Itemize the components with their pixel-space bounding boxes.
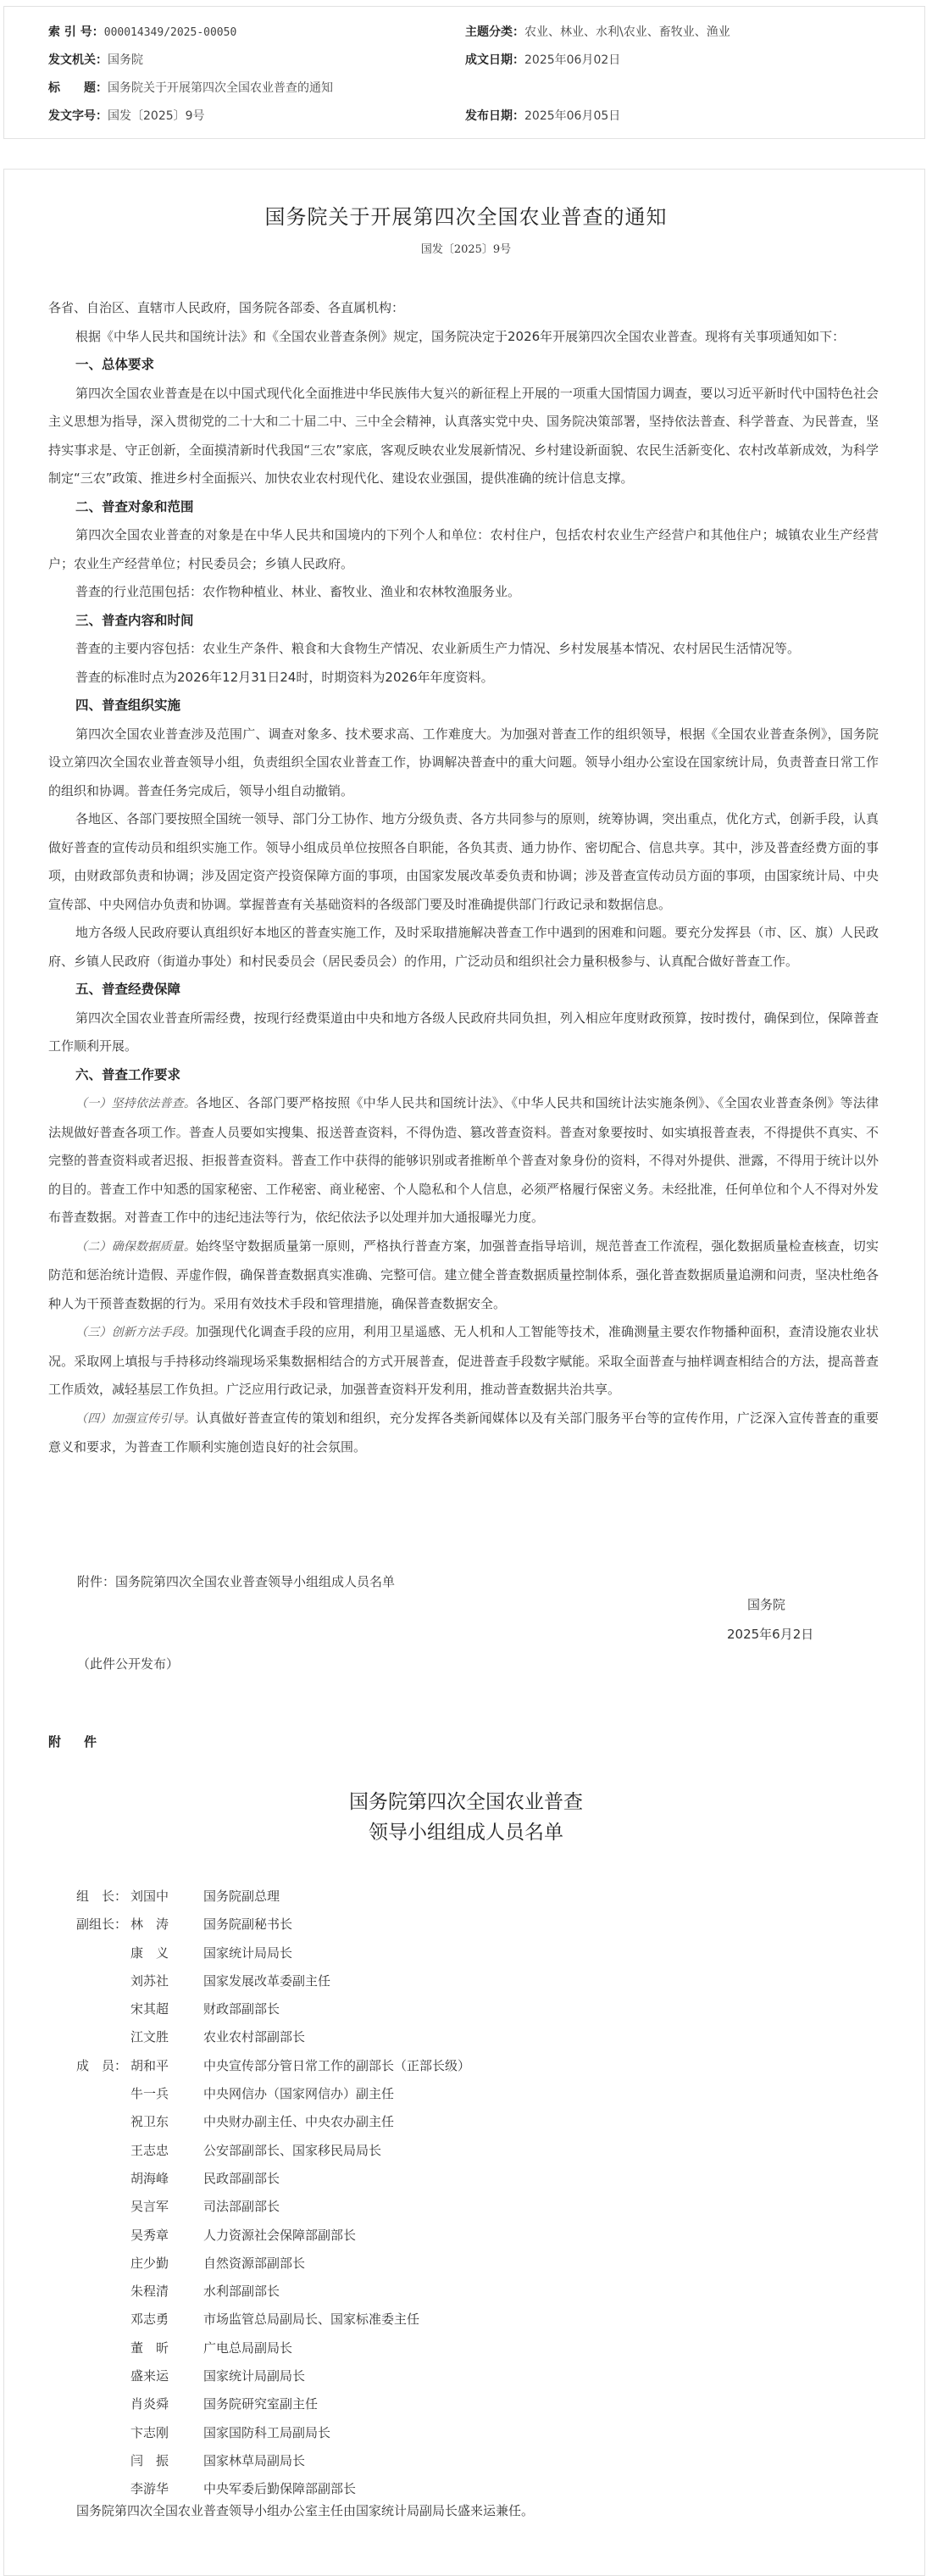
member-title: 国家发展改革委副主任 [203,1967,330,1995]
paragraph: 普查的标准时点为2026年12月31日24时，时期资料为2026年年度资料。 [48,664,879,693]
requirement-item-1: （一）坚持依法普查。各地区、各部门要严格按照《中华人民共和国统计法》、《中华人民… [48,1089,879,1232]
member-name: 盛来运 [130,2362,181,2390]
section-heading-4: 四、普查组织实施 [48,692,879,721]
document-title: 国务院关于开展第四次全国农业普查的通知 [0,200,932,230]
requirement-item-3: （三）创新方法手段。加强现代化调查手段的应用，利用卫星遥感、无人机和人工智能等技… [48,1318,879,1405]
paragraph: 第四次全国农业普查的对象是在中华人民共和国境内的下列个人和单位：农村住户，包括农… [48,521,879,578]
paragraph: 第四次全国农业普查涉及范围广、调查对象多、技术要求高、工作难度大。为加强对普查工… [48,721,879,806]
salutation: 各省、自治区、直辖市人民政府，国务院各部委、各直属机构： [48,294,879,323]
member-title: 国家统计局局长 [203,1939,292,1967]
member-title: 公安部副部长、国家移民局局长 [203,2137,381,2165]
section-heading-3: 三、普查内容和时间 [48,607,879,636]
member-name: 牛一兵 [130,2080,181,2108]
meta-publish-date-label: 发布日期： [465,108,524,125]
member-title: 广电总局副局长 [203,2334,292,2362]
member-title: 国家林草局副局长 [203,2447,305,2475]
member-role: 组 长： [76,1883,129,1911]
member-name: 宋其超 [130,1995,181,2023]
member-title: 国务院副秘书长 [203,1911,292,1939]
item-lead: 坚持依法普查。 [112,1097,196,1110]
public-release-note: （此件公开发布） [77,1655,179,1672]
item-prefix: （三） [75,1326,112,1339]
member-name: 吴言军 [130,2193,181,2221]
annex-title-line-1: 国务院第四次全国农业普查 [0,1787,932,1817]
member-name: 卞志刚 [130,2419,181,2447]
meta-index-value: 000014349/2025-00050 [104,26,237,39]
member-name: 董 昕 [130,2334,181,2362]
member-name: 邓志勇 [130,2306,181,2334]
meta-title-row: 标 题：国务院关于开展第四次全国农业普查的通知 [48,80,333,97]
member-name: 李游华 [130,2475,181,2503]
requirement-item-2: （二）确保数据质量。始终坚守数据质量第一原则，严格执行普查方案，加强普查指导培训… [48,1232,879,1319]
member-name: 林 涛 [130,1911,181,1939]
annex-title: 国务院第四次全国农业普查 领导小组组成人员名单 [0,1787,932,1848]
member-title: 市场监管总局副局长、国家标准委主任 [203,2306,419,2334]
paragraph: 各地区、各部门要按照全国统一领导、部门分工协作、地方分级负责、各方共同参与的原则… [48,805,879,919]
member-name: 吴秀章 [130,2222,181,2250]
item-text: 各地区、各部门要严格按照《中华人民共和国统计法》、《中华人民共和国统计法实施条例… [48,1095,879,1225]
section-heading-2: 二、普查对象和范围 [48,493,879,522]
item-prefix: （四） [75,1412,112,1426]
meta-index-label: 索 引 号： [48,24,104,41]
meta-topic-value: 农业、林业、水利\农业、畜牧业、渔业 [524,25,730,39]
requirement-item-4: （四）加强宣传引导。认真做好普查宣传的策划和组织，充分发挥各类新闻媒体以及有关部… [48,1405,879,1462]
meta-doc-no-label: 发文字号： [48,108,108,125]
member-name: 王志忠 [130,2137,181,2165]
annex-title-line-2: 领导小组组成人员名单 [0,1817,932,1848]
member-name: 庄少勤 [130,2250,181,2278]
section-heading-1: 一、总体要求 [48,351,879,380]
member-name: 康 义 [130,1939,181,1967]
paragraph: 普查的主要内容包括：农业生产条件、粮食和大食物生产情况、农业新质生产力情况、乡村… [48,635,879,664]
member-title: 民政部副部长 [203,2165,280,2193]
meta-title-label: 标 题： [48,80,108,97]
document-number: 国发〔2025〕9号 [0,240,932,256]
member-title: 中央军委后勤保障部副部长 [203,2475,356,2503]
paragraph: 第四次全国农业普查是在以中国式现代化全面推进中华民族伟大复兴的新征程上开展的一项… [48,380,879,493]
member-title: 国家统计局副局长 [203,2362,305,2390]
member-name: 闫 振 [130,2447,181,2475]
section-heading-6: 六、普查工作要求 [48,1061,879,1090]
meta-publish-date-row: 发布日期：2025年06月05日 [465,108,620,125]
member-title: 国务院研究室副主任 [203,2390,318,2418]
signer: 国务院 [747,1595,785,1613]
member-title: 中央宣传部分管日常工作的副部长（正部长级） [203,2052,470,2080]
paragraph: 地方各级人民政府要认真组织好本地区的普查实施工作，及时采取措施解决普查工作中遇到… [48,919,879,976]
member-title: 农业农村部副部长 [203,2023,305,2051]
meta-doc-no-row: 发文字号：国发〔2025〕9号 [48,108,205,125]
member-title: 中央财办副主任、中央农办副主任 [203,2108,394,2136]
meta-topic-row: 主题分类：农业、林业、水利\农业、畜牧业、渔业 [465,24,730,41]
annex-label: 附 件 [48,1733,102,1750]
item-lead: 创新方法手段。 [112,1326,196,1339]
member-name: 刘苏社 [130,1967,181,1995]
item-prefix: （二） [75,1240,112,1254]
paragraph: 普查的行业范围包括：农作物种植业、林业、畜牧业、渔业和农林牧渔服务业。 [48,578,879,607]
sign-date: 2025年6月2日 [727,1625,813,1643]
member-role: 成 员： [76,2052,129,2080]
meta-doc-no-value: 国发〔2025〕9号 [108,109,205,123]
meta-title-value: 国务院关于开展第四次全国农业普查的通知 [108,81,333,95]
intro-paragraph: 根据《中华人民共和国统计法》和《全国农业普查条例》规定，国务院决定于2026年开… [48,323,879,352]
meta-issuer-value: 国务院 [108,53,143,67]
member-name: 肖炎舜 [130,2390,181,2418]
member-name: 江文胜 [130,2023,181,2051]
item-lead: 确保数据质量。 [112,1240,196,1254]
member-role: 副组长： [76,1911,129,1939]
member-title: 中央网信办（国家网信办）副主任 [203,2080,394,2108]
member-title: 财政部副部长 [203,1995,280,2023]
member-title: 自然资源部副部长 [203,2250,305,2278]
member-name: 祝卫东 [130,2108,181,2136]
member-title: 国务院副总理 [203,1883,280,1911]
member-title: 水利部副部长 [203,2278,280,2306]
member-title: 国家国防科工局副局长 [203,2419,330,2447]
meta-topic-label: 主题分类： [465,24,524,41]
member-name: 胡海峰 [130,2165,181,2193]
meta-publish-date-value: 2025年06月05日 [524,109,620,123]
paragraph: 第四次全国农业普查所需经费，按现行经费渠道由中央和地方各级人民政府共同负担，列入… [48,1004,879,1061]
meta-written-date-label: 成文日期： [465,52,524,69]
attachment-reference: 附件：国务院第四次全国农业普查领导小组组成人员名单 [77,1572,395,1590]
meta-written-date-value: 2025年06月02日 [524,53,620,67]
member-name: 刘国中 [130,1883,181,1911]
section-heading-5: 五、普查经费保障 [48,976,879,1004]
meta-issuer-label: 发文机关： [48,52,108,69]
member-title: 司法部副部长 [203,2193,280,2221]
member-name: 朱程清 [130,2278,181,2306]
meta-written-date-row: 成文日期：2025年06月02日 [465,52,620,69]
item-lead: 加强宣传引导。 [112,1412,196,1426]
office-note: 国务院第四次全国农业普查领导小组办公室主任由国家统计局副局长盛来运兼任。 [76,2501,534,2519]
document-body: 各省、自治区、直辖市人民政府，国务院各部委、各直属机构： 根据《中华人民共和国统… [48,294,879,1462]
member-name: 胡和平 [130,2052,181,2080]
member-title: 人力资源社会保障部副部长 [203,2222,356,2250]
meta-issuer-row: 发文机关：国务院 [48,52,143,69]
meta-index-row: 索 引 号：000014349/2025-00050 [48,24,236,42]
item-prefix: （一） [75,1097,112,1110]
